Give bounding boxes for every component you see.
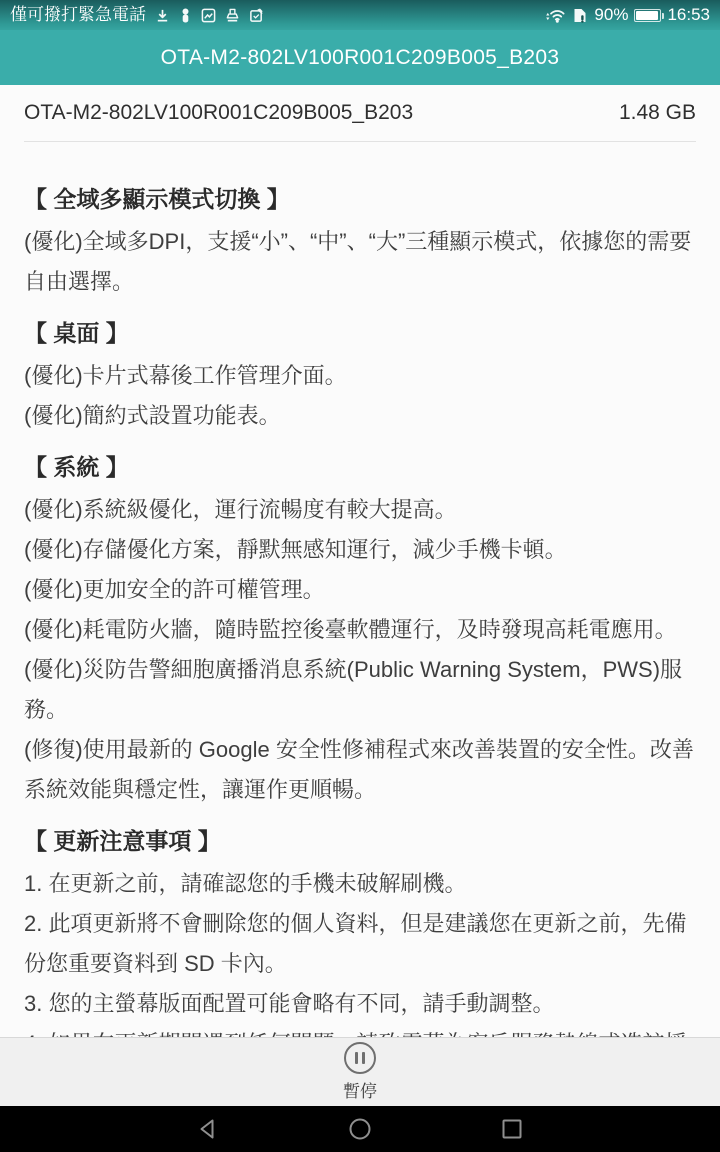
status-bar: 僅可撥打緊急電話 90% [0, 0, 720, 30]
section-body: (優化)卡片式幕後工作管理介面。(優化)簡約式設置功能表。 [24, 356, 696, 436]
release-note-line: (優化)簡約式設置功能表。 [24, 396, 696, 436]
back-icon[interactable] [195, 1116, 221, 1142]
brush-icon [225, 8, 240, 23]
section-header: 【 系統 】 [24, 446, 696, 488]
battery-fill [636, 11, 658, 20]
status-bar-right: 90% 16:53 [544, 0, 710, 30]
section-body: 1. 在更新之前，請確認您的手機未破解刷機。2. 此項更新將不會刪除您的個人資料… [24, 864, 696, 1037]
release-note-line: (優化)災防告警細胞廣播消息系統(Public Warning System，P… [24, 650, 696, 730]
release-note-line: (修復)使用最新的 Google 安全性修補程式來改善裝置的安全性。改善系統效能… [24, 730, 696, 810]
release-note-line: (優化)全域多DPI，支援“小”、“中”、“大”三種顯示模式，依據您的需要自由選… [24, 222, 696, 302]
section-header: 【 桌面 】 [24, 312, 696, 354]
sim-alert-icon [572, 7, 588, 24]
update-package-size: 1.48 GB [619, 101, 696, 125]
release-notes-section: 【 全域多顯示模式切換 】 (優化)全域多DPI，支援“小”、“中”、“大”三種… [24, 178, 696, 302]
section-header: 【 全域多顯示模式切換 】 [24, 178, 696, 220]
section-header: 【 更新注意事項 】 [24, 820, 696, 862]
status-bar-left: 僅可撥打緊急電話 [10, 0, 264, 30]
wifi-icon [544, 7, 566, 24]
release-notes-section: 【 更新注意事項 】 1. 在更新之前，請確認您的手機未破解刷機。2. 此項更新… [24, 820, 696, 1037]
action-bar: 暫停 [0, 1037, 720, 1106]
release-note-line: 2. 此項更新將不會刪除您的個人資料，但是建議您在更新之前，先備份您重要資料到 … [24, 904, 696, 984]
gallery-icon [201, 8, 216, 23]
carrier-status-text: 僅可撥打緊急電話 [10, 0, 146, 30]
battery-icon [634, 9, 661, 22]
home-icon[interactable] [347, 1116, 373, 1142]
title-bar: OTA-M2-802LV100R001C209B005_B203 [0, 30, 720, 85]
android-nav-bar [0, 1106, 720, 1152]
release-note-line: (優化)系統級優化，運行流暢度有較大提高。 [24, 490, 696, 530]
pause-button-label: 暫停 [343, 1077, 377, 1102]
update-package-name: OTA-M2-802LV100R001C209B005_B203 [24, 101, 413, 125]
release-note-line: 4. 如果在更新期間遇到任何問題，請致電華為客戶服務熱線或造訪授權的華為服務中心… [24, 1024, 696, 1037]
pause-icon [344, 1042, 376, 1074]
person-icon [179, 8, 192, 23]
section-body: (優化)系統級優化，運行流暢度有較大提高。(優化)存儲優化方案，靜默無感知運行，… [24, 490, 696, 810]
release-notes-section: 【 系統 】 (優化)系統級優化，運行流暢度有較大提高。(優化)存儲優化方案，靜… [24, 446, 696, 810]
battery-percent-text: 90% [594, 0, 628, 30]
download-icon [155, 8, 170, 23]
release-note-line: (優化)卡片式幕後工作管理介面。 [24, 356, 696, 396]
release-note-line: (優化)更加安全的許可權管理。 [24, 570, 696, 610]
section-body: (優化)全域多DPI，支援“小”、“中”、“大”三種顯示模式，依據您的需要自由選… [24, 222, 696, 302]
release-notes: 【 全域多顯示模式切換 】 (優化)全域多DPI，支援“小”、“中”、“大”三種… [24, 142, 696, 1037]
edit-note-icon [249, 8, 264, 23]
update-notes-scroll[interactable]: OTA-M2-802LV100R001C209B005_B203 1.48 GB… [0, 85, 720, 1037]
battery-cap [662, 13, 665, 19]
release-note-line: (優化)耗電防火牆，隨時監控後臺軟體運行，及時發現高耗電應用。 [24, 610, 696, 650]
release-notes-section: 【 桌面 】 (優化)卡片式幕後工作管理介面。(優化)簡約式設置功能表。 [24, 312, 696, 436]
pause-button[interactable]: 暫停 [343, 1042, 377, 1102]
device-screen: 僅可撥打緊急電話 90% [0, 0, 720, 1152]
release-note-line: (優化)存儲優化方案，靜默無感知運行，減少手機卡頓。 [24, 530, 696, 570]
clock-text: 16:53 [667, 0, 710, 30]
release-note-line: 1. 在更新之前，請確認您的手機未破解刷機。 [24, 864, 696, 904]
recents-icon[interactable] [499, 1116, 525, 1142]
update-package-row: OTA-M2-802LV100R001C209B005_B203 1.48 GB [24, 85, 696, 142]
release-note-line: 3. 您的主螢幕版面配置可能會略有不同，請手動調整。 [24, 984, 696, 1024]
page-title: OTA-M2-802LV100R001C209B005_B203 [161, 46, 560, 70]
